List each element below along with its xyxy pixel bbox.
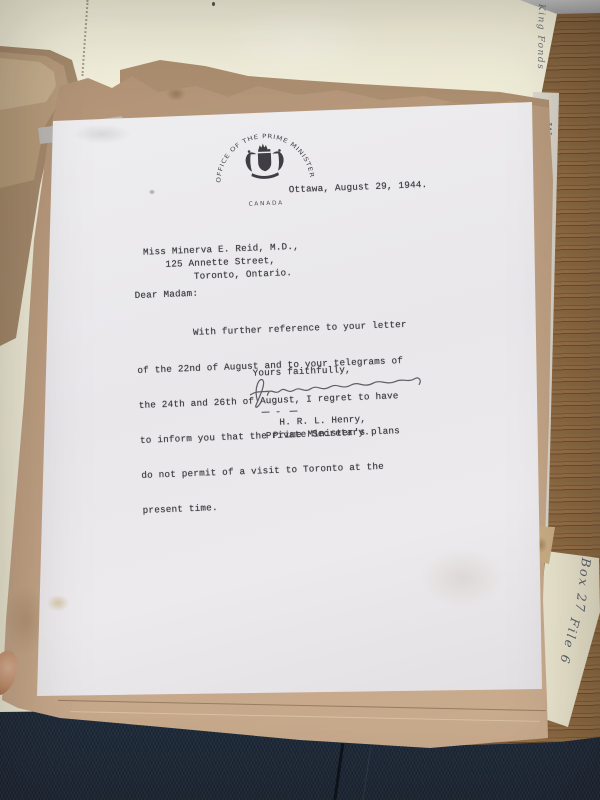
letterhead-country: CANADA [248, 200, 284, 207]
salutation: Dear Madam: [134, 288, 198, 302]
coat-of-arms-letterhead: OFFICE OF THE PRIME MINISTER CANADA [210, 123, 319, 213]
royal-arms-emblem [245, 143, 284, 180]
body-line: With further reference to your letter [136, 318, 436, 341]
body-line: do not permit of a visit to Toronto at t… [141, 459, 441, 482]
folder-annotation-fonds: King Fonds [535, 4, 546, 84]
folder-speck [212, 2, 215, 6]
letter-paper: OFFICE OF THE PRIME MINISTER CANADA Otta… [30, 98, 548, 702]
photo-archival-letter: W. L. M. King - 1944 King Fonds Box 27 F… [0, 0, 600, 800]
signature-scrawl [243, 365, 435, 418]
recipient-line: Toronto, Ontario. [194, 267, 293, 282]
letter-content: OFFICE OF THE PRIME MINISTER CANADA Otta… [53, 103, 556, 693]
body-line: present time. [142, 494, 442, 517]
